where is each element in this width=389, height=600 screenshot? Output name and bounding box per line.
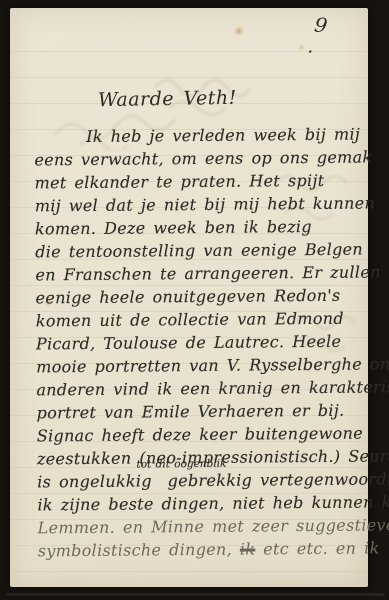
line-text: Picard, Toulouse de Lautrec. Heele (36, 332, 341, 354)
letter-line: eenige heele onuitgegeven Redon's (36, 284, 360, 310)
letter-line: Lemmen. en Minne met zeer suggestieve (38, 514, 362, 540)
letter-body: Ik heb je verleden week bij mij eens ver… (34, 123, 362, 563)
line-text: Ik heb je verleden week bij mij (86, 125, 360, 146)
salutation: Waarde Veth! (98, 87, 237, 111)
letter-line: ik zijne beste dingen, niet heb kunnen k… (37, 491, 361, 517)
line-text: eens verwacht, om eens op ons gemak (34, 147, 372, 169)
line-text: symbolistische dingen, (38, 540, 240, 561)
page-number-dot: . (308, 39, 325, 57)
letter-line: portret van Emile Verhaeren er bij. (37, 399, 361, 425)
scan-background: 9 . Waarde Veth! Ik heb je verleden week… (0, 0, 389, 600)
interlinear-insertion: tot dit oogenblik (136, 453, 226, 477)
foxing-spot (234, 26, 244, 36)
line-text: Signac heeft deze keer buitengewone (37, 424, 363, 446)
letter-line: mij wel dat je niet bij mij hebt kunnen (35, 192, 359, 218)
letter-line: die tentoonstelling van eenige Belgen (35, 238, 359, 264)
line-text: portret van Emile Verhaeren er bij. (37, 401, 345, 423)
line-text: anderen vind ik een kranig en karakteris… (36, 377, 389, 399)
line-text: die tentoonstelling van eenige Belgen (35, 240, 363, 262)
letter-line: is ongelukkig tot dit oogenblik gebrekki… (37, 468, 361, 494)
struck-word: ik (240, 540, 256, 559)
letter-line: komen. Deze week ben ik bezig (35, 215, 359, 241)
letter-line: symbolistische dingen, ik etc etc. en ik (38, 537, 362, 563)
letter-line: eens verwacht, om eens op ons gemak (34, 146, 358, 172)
line-text: eenige heele onuitgegeven Redon's (36, 286, 341, 308)
page-number: 9 . (310, 14, 328, 57)
line-text: etc etc. en ik (263, 538, 380, 558)
foxing-spot (298, 44, 305, 51)
page-number-digit: 9 (313, 12, 329, 38)
letter-line: komen uit de collectie van Edmond (36, 307, 360, 333)
letter-line: met elkander te praten. Het spijt (35, 169, 359, 195)
line-text: ik zijne beste dingen, niet heb kunnen k… (37, 492, 389, 515)
line-text: Lemmen. en Minne met zeer suggestieve (38, 515, 389, 537)
letter-line: en Franschen te arrangeeren. Er zullen (35, 261, 359, 287)
line-text: komen. Deze week ben ik bezig (35, 217, 312, 238)
line-text: mij wel dat je niet bij mij hebt kunnen (35, 193, 375, 215)
letter-page: 9 . Waarde Veth! Ik heb je verleden week… (10, 8, 368, 587)
line-text: met elkander te praten. Het spijt (35, 171, 325, 193)
line-text: komen uit de collectie van Edmond (36, 309, 344, 331)
line-text: en Franschen te arrangeeren. Er zullen (35, 262, 380, 284)
line-text: mooie portretten van V. Rysselberghe ond… (36, 354, 389, 376)
letter-line: anderen vind ik een kranig en karakteris… (36, 376, 360, 402)
letter-line: Picard, Toulouse de Lautrec. Heele (36, 330, 360, 356)
letter-line: Ik heb je verleden week bij mij (34, 123, 358, 149)
letter-line: Signac heeft deze keer buitengewone (37, 422, 361, 448)
letter-line: mooie portretten van V. Rysselberghe ond… (36, 353, 360, 379)
